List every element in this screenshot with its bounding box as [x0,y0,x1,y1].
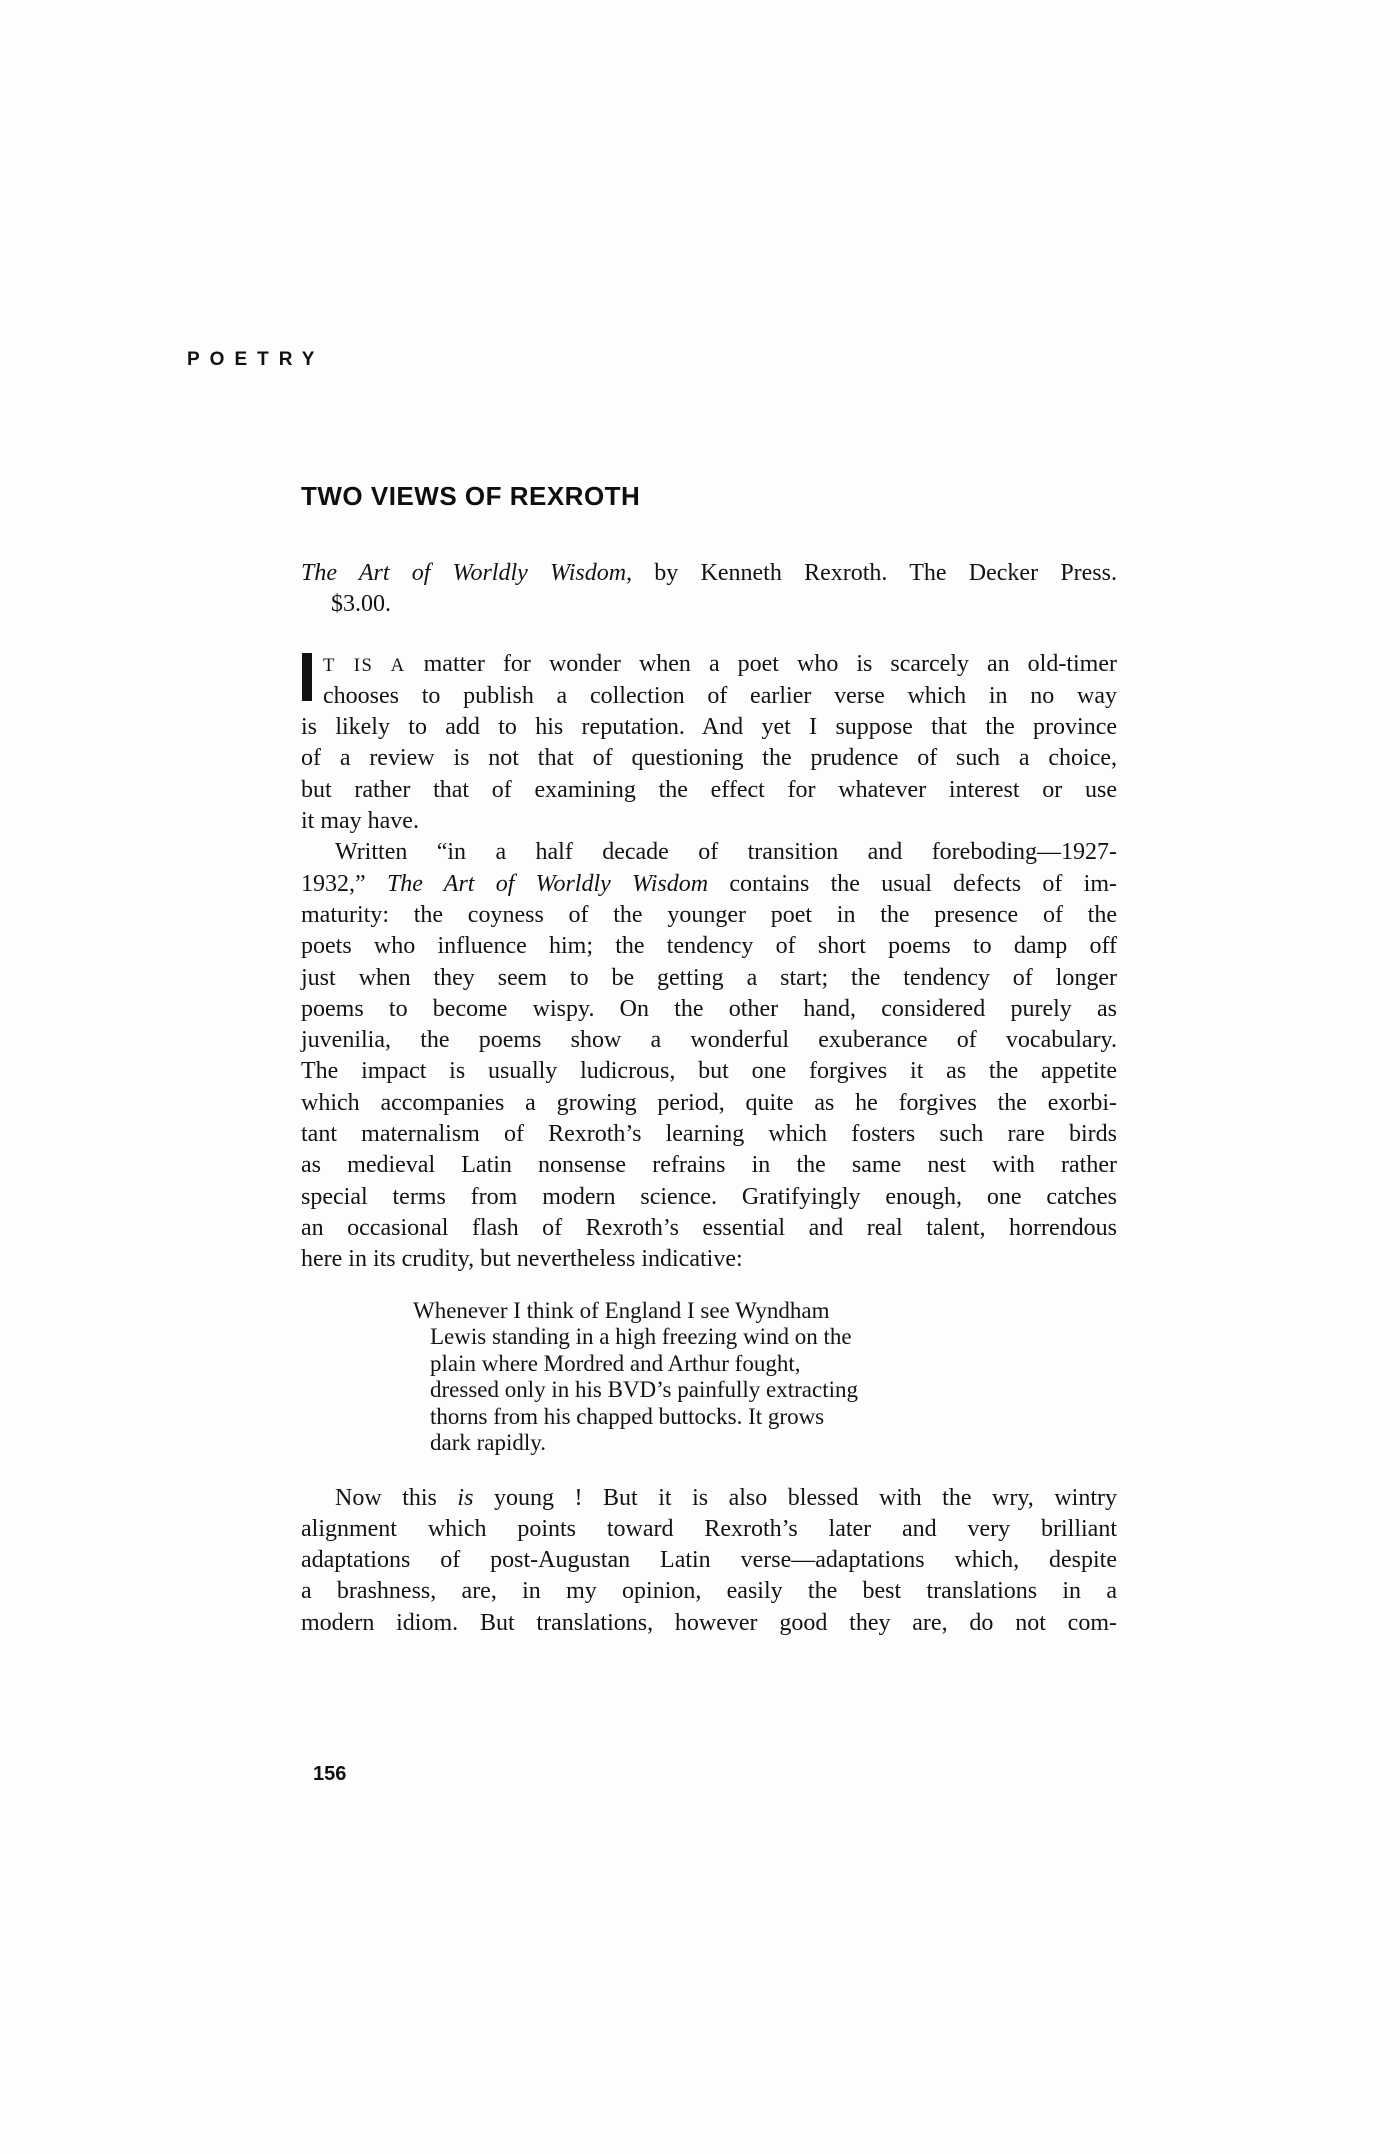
paragraph-3: Now this is young ! But it is also bless… [301,1483,1117,1639]
text-line: T IS A matter for wonder when a poet who… [301,649,1117,681]
text-line: special terms from modern science. Grati… [301,1182,1117,1213]
text-line: The impact is usually ludicrous, but one… [301,1056,1117,1087]
text-line: here in its crudity, but nevertheless in… [301,1244,1117,1275]
text-line: Whenever I think of England I see Wyndha… [413,1298,893,1325]
text-line: juvenilia, the poems show a wonderful ex… [301,1025,1117,1056]
text-line: maturity: the coyness of the younger poe… [301,900,1117,931]
text-line: alignment which points toward Rexroth’s … [301,1514,1117,1545]
page-number: 156 [313,1763,346,1786]
book-citation: The Art of Worldly Wisdom, by Kenneth Re… [301,558,1117,621]
paragraph-2: Written “in a half decade of transition … [301,837,1117,1275]
text-line: plain where Mordred and Arthur fought, [413,1351,893,1378]
text-line: of a review is not that of questioning t… [301,743,1117,774]
text-line: which accompanies a growing period, quit… [301,1088,1117,1119]
paragraph-1: I T IS A matter for wonder when a poet w… [301,649,1117,838]
text-line: tant maternalism of Rexroth’s learning w… [301,1119,1117,1150]
text-line: is likely to add to his reputation. And … [301,712,1117,743]
drop-cap-initial: I [302,653,312,701]
text-line: Written “in a half decade of transition … [301,837,1117,868]
text-line: $3.00. [301,589,1117,620]
text-line: it may have. [301,806,1117,837]
article-column: TWO VIEWS OF REXROTH The Art of Worldly … [301,481,1117,1639]
text-line: but rather that of examining the effect … [301,775,1117,806]
text-line: thorns from his chapped buttocks. It gro… [413,1404,893,1431]
text-line: Lewis standing in a high freezing wind o… [413,1324,893,1351]
text-line: Now this is young ! But it is also bless… [301,1483,1117,1514]
text-line: an occasional flash of Rexroth’s essenti… [301,1213,1117,1244]
text-line: poems to become wispy. On the other hand… [301,994,1117,1025]
text-line: just when they seem to be getting a star… [301,963,1117,994]
scanned-page: POETRY TWO VIEWS OF REXROTH The Art of W… [0,0,1400,2154]
text-line: 1932,” The Art of Worldly Wisdom contain… [301,869,1117,900]
text-line: adaptations of post-Augustan Latin verse… [301,1545,1117,1576]
text-line: chooses to publish a collection of earli… [301,681,1117,712]
text-line: dressed only in his BVD’s painfully extr… [413,1377,893,1404]
article-title: TWO VIEWS OF REXROTH [301,481,1117,512]
text-line: a brashness, are, in my opinion, easily … [301,1576,1117,1607]
text-line: as medieval Latin nonsense refrains in t… [301,1150,1117,1181]
text-line: modern idiom. But translations, however … [301,1608,1117,1639]
text-line: dark rapidly. [413,1430,893,1457]
journal-header: POETRY [187,349,324,371]
text-line: poets who influence him; the tendency of… [301,931,1117,962]
text-line: The Art of Worldly Wisdom, by Kenneth Re… [301,558,1117,589]
block-quote: Whenever I think of England I see Wyndha… [413,1298,893,1457]
